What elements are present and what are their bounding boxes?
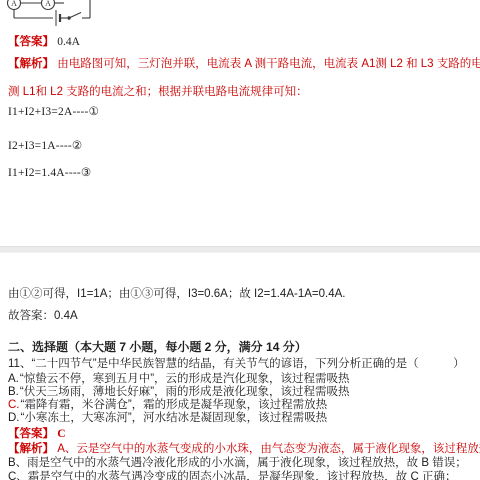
option-text: “小寒冻土，大寒冻河”，河水结冰是凝固现象，该过程需吸热 — [21, 412, 328, 424]
option-a: A.“惊蛰云不停，寒到五月中”，云的形成是汽化现象，该过程需吸热 — [8, 373, 350, 386]
q10-analysis-line2: 测 L1和 L2 支路的电流之和；根据并联电路电流规律可知： — [8, 86, 308, 99]
switch-icon — [69, 13, 81, 19]
q11-answer-line: 【答案】 C — [8, 428, 66, 441]
q10-conclusion: 由①②可得，I1=1A；由①③可得，I3=0.6A；故 I2=1.4A-1A=0… — [8, 288, 345, 301]
analysis-label: 【解析】 — [8, 58, 54, 70]
option-c: C.“霜降有霜，米谷满仓”，霜的形成是凝华现象，该过程需放热 — [8, 399, 327, 412]
option-label: B. — [8, 386, 19, 398]
option-label-highlighted: C. — [8, 399, 20, 411]
q11-analysis-line3: C、霜是空气中的水蒸气遇冷变成的固态小冰晶，是凝华现象，该过程放热，故 C 正确… — [8, 471, 457, 480]
equation-2: I2+I3=1A----② — [8, 140, 82, 153]
circuit-diagram: A A — [4, 0, 114, 28]
ammeter-letter: A — [11, 0, 17, 8]
option-label: A. — [8, 373, 19, 385]
q10-analysis-line1: 【解析】 由电路图可知，三灯泡并联，电流表 A 测干路电流，电流表 A1测 L2… — [8, 58, 480, 71]
option-label: D. — [8, 412, 20, 424]
analysis-text: 由电路图可知，三灯泡并联，电流表 A 测干路电流，电流表 A1测 L2 和 L3… — [57, 58, 480, 70]
q11-analysis-line1: 【解析】 A、云是空气中的水蒸气变成的小水珠，由气态变为液态，属于液化现象，该过… — [8, 443, 480, 456]
page-break-divider — [0, 246, 480, 253]
option-text: “惊蛰云不停，寒到五月中”，云的形成是汽化现象，该过程需吸热 — [20, 373, 350, 385]
answer-value: 0.4A — [57, 36, 80, 48]
equation-1: I1+I2+I3=2A----① — [8, 106, 99, 119]
analysis-label: 【解析】 — [8, 443, 54, 455]
answer-label: 【答案】 — [8, 428, 54, 440]
q10-answer-line: 【答案】 0.4A — [8, 36, 80, 49]
option-b: B.“伏天三场雨，薄地长好麻”，雨的形成是液化现象，该过程需吸热 — [8, 386, 350, 399]
equation-3: I1+I2=1.4A----③ — [8, 167, 91, 180]
section-heading: 二、选择题（本大题 7 小题，每小题 2 分，满分 14 分） — [8, 341, 307, 354]
option-text: “伏天三场雨，薄地长好麻”，雨的形成是液化现象，该过程需吸热 — [20, 386, 350, 398]
analysis-text: 测 L1和 L2 支路的电流之和；根据并联电路电流规律可知： — [8, 86, 308, 98]
analysis-text: A、云是空气中的水蒸气变成的小水珠，由气态变为液态，属于液化现象，该过程放热，故… — [57, 443, 480, 455]
answer-label: 【答案】 — [8, 36, 54, 48]
option-text: “霜降有霜，米谷满仓”，霜的形成是凝华现象，该过程需放热 — [21, 399, 328, 411]
option-d: D.“小寒冻土，大寒冻河”，河水结冰是凝固现象，该过程需吸热 — [8, 412, 327, 425]
answer-value: C — [57, 428, 65, 440]
question-stem: 11、“二十四节气”是中华民族智慧的结晶，有关节气的谚语，下列分析正确的是（ ） — [8, 358, 465, 371]
ammeter-letter: A — [45, 0, 51, 8]
q11-analysis-line2: B、雨是空气中的水蒸气遇冷液化形成的小水滴，属于液化现象，该过程放热，故 B 错… — [8, 457, 467, 470]
q10-final-answer: 故答案：0.4A — [8, 310, 78, 323]
document-page: A A 【答案】 0.4A 【解析】 由电路图可知，三灯泡并联，电流表 A 测干… — [0, 0, 480, 480]
